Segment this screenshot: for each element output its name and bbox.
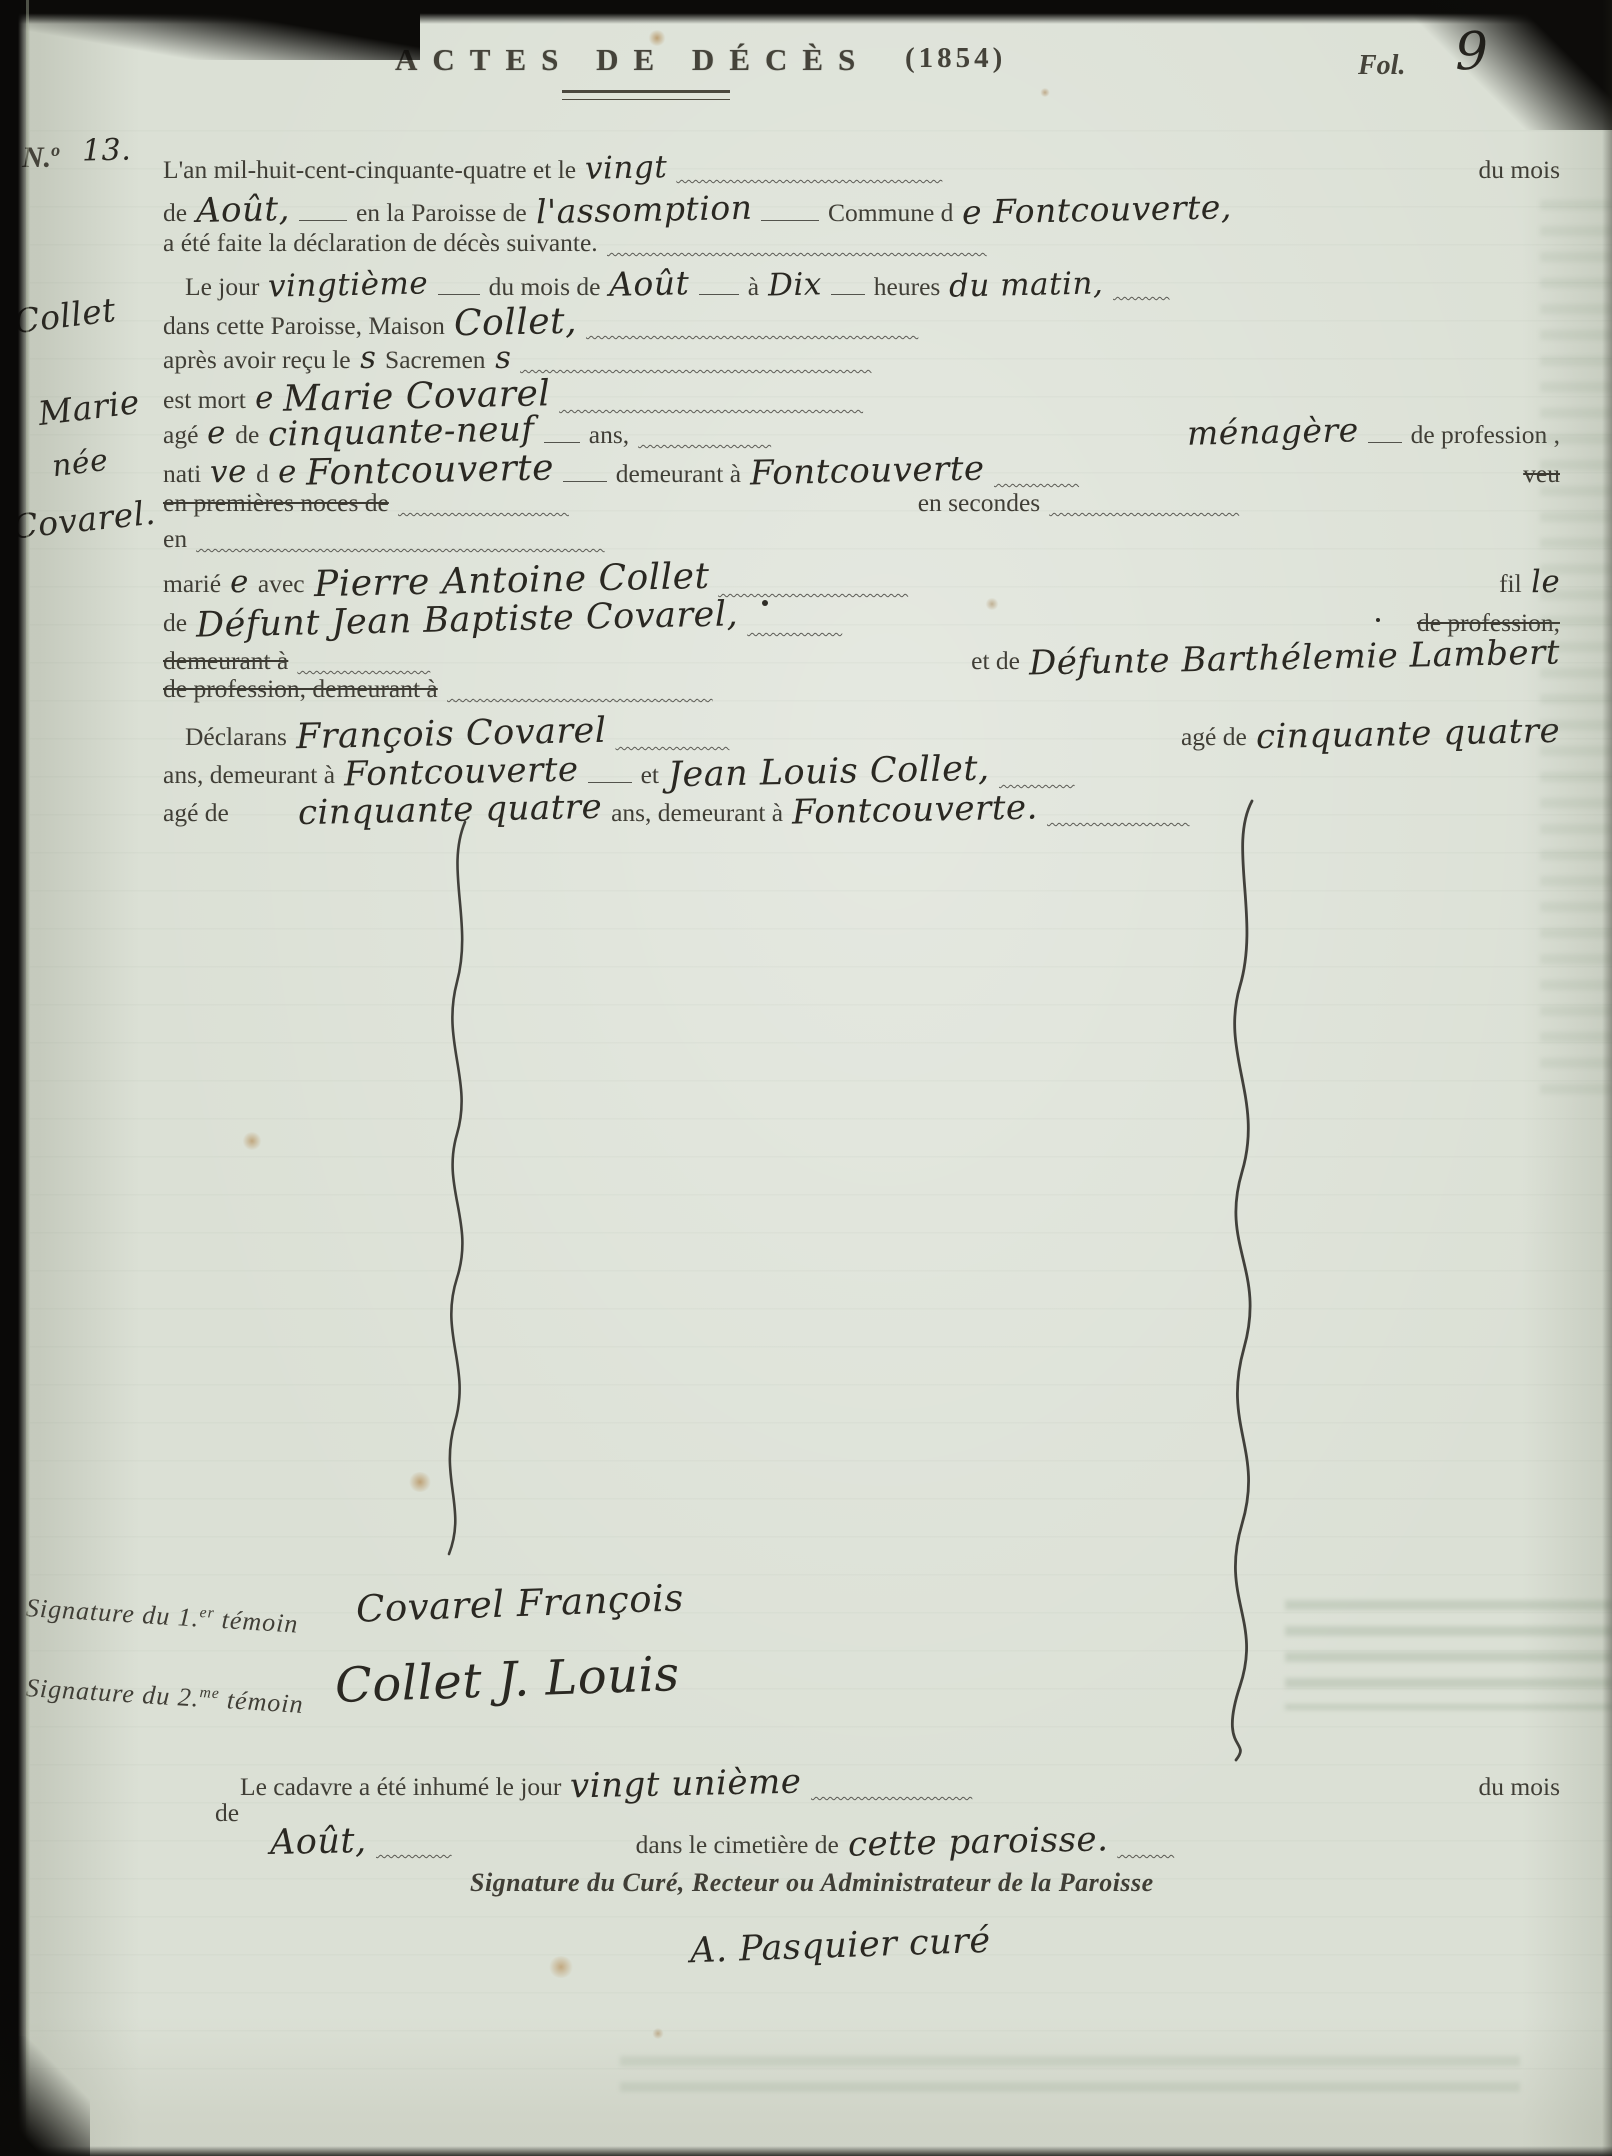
printed-text: d [256,459,269,489]
filler-squiggle [999,767,1560,789]
act-line: dans cette Paroisse, Maison Collet, [163,302,1560,343]
handwritten-declarant-2-age: cinquante quatre [297,787,602,833]
filler-dash [588,777,632,783]
witness-2-signature: Collet J. Louis [334,1646,680,1714]
printed-text: en secondes [918,488,1041,518]
printed-text: de [163,198,187,228]
handwritten-house: Collet, [453,301,577,345]
filler-squiggle [1117,1837,1392,1859]
handwritten-birthplace: Fontcouverte [305,447,554,493]
act-line: de Août, en la Paroisse de l'assomption … [163,190,1560,230]
printed-text: de profession , [1411,420,1560,450]
filler-dash [438,289,480,295]
printed-text: Sacremen [385,345,486,375]
filler-squiggle [638,427,1178,449]
filler-dash [1368,437,1402,443]
act-line: après avoir reçu le s Sacremen s [163,340,1560,376]
filler-squiggle [718,576,1490,598]
printed-text: heures [874,272,941,302]
printed-text: nati [163,459,201,489]
printed-text: de [235,420,259,450]
foxing-stain [1040,88,1050,97]
handwritten-declarant-1-age: cinquante quatre [1255,711,1560,757]
handwritten-feminine-e: e [230,564,250,600]
printed-text: avec [258,569,305,599]
cure-signature: A. Pasquier curé [689,1921,991,1971]
handwritten-month: Août, [196,189,291,231]
printed-text: demeurant à [616,459,741,489]
act-line: demeurant à et de Défunte Barthélemie La… [163,638,1560,678]
printed-text: du mois de [489,272,601,302]
handwritten-time-of-day: du matin, [949,265,1104,304]
printed-text: après avoir reçu le [163,345,351,375]
filler-squiggle [520,352,1560,374]
foxing-stain [548,1956,574,1978]
photo-corner-top-right [1392,0,1612,130]
act-number-value: 13. [82,132,132,168]
printed-text-struck: veu [1523,459,1560,489]
act-line: en premières noces de en secondes [163,488,1560,518]
filler-dash [699,289,739,295]
act-line: de Défunt Jean Baptiste Covarel, de prof… [163,600,1560,640]
printed-text-struck: demeurant à [163,646,288,676]
printed-text: et de [971,646,1020,676]
printed-text: agé de [1181,722,1247,752]
printed-text: Commune d [828,198,953,228]
filler-squiggle [297,653,962,675]
photo-corner-bottom-left [0,2036,90,2156]
burial-line: Août, dans le cimetière de cette paroiss… [270,1822,1392,1862]
photo-edge-right [1602,0,1612,2156]
label-part: témoin [226,1685,304,1719]
cure-caption-text: Signature du Curé, Recteur ou Administra… [470,1868,1154,1898]
handwritten-feminine-e: e [255,380,275,416]
handwritten-day: vingt [585,149,668,187]
label-sup: me [199,1684,220,1702]
printed-text: L'an mil-huit-cent-cinquante-quatre et l… [163,155,576,185]
filler-squiggle [1047,805,1560,827]
handwritten-day-name: vingtième [268,265,429,304]
handwritten-feminine-ve: ve [210,454,248,491]
ink-bleed-through [620,2056,1520,2102]
act-line: Le jour vingtième du mois de Août à Dix … [163,264,1560,303]
witness-2-row: Signature du 2.me témoin Collet J. Louis [26,1652,1560,1708]
page-title-year: (1854) [905,42,1006,75]
foxing-stain [652,2028,664,2039]
foxing-stain [242,1132,262,1150]
printed-text: dans le cimetière de [636,1830,839,1860]
filler-squiggle [376,1837,627,1859]
filler-squiggle [1113,279,1560,301]
printed-text-struck: de profession, demeurant à [163,674,438,704]
filler-dash [544,437,580,443]
handwritten-residence: Fontcouverte [750,449,985,494]
printed-text: de [215,1798,239,1828]
filler-squiggle [747,615,1408,637]
act-line: ans, demeurant à Fontcouverte et Jean Lo… [163,752,1560,792]
page-title: ACTES DE DÉCÈS [395,42,870,78]
act-line: agé e de cinquante-neuf ans, ménagère de… [163,412,1560,452]
handwritten-commune: e Fontcouverte, [962,187,1233,232]
act-line: agé de cinquante quatre ans, demeurant à… [163,790,1560,830]
printed-text: dans cette Paroisse, Maison [163,311,445,341]
printed-text: fil [1499,569,1522,599]
filler-squiggle [615,729,1171,751]
label-part: Signature du 2. [25,1673,200,1713]
printed-text: marié [163,569,221,599]
foxing-stain [408,1472,432,1492]
cure-signature-caption: Signature du Curé, Recteur ou Administra… [470,1868,1560,1898]
printed-text: à [748,272,759,302]
act-line: a été faite la déclaration de décès suiv… [163,228,1560,258]
register-page-scan: ACTES DE DÉCÈS (1854) Fol. 9 N.o 13. Col… [0,0,1612,2156]
handwritten-burial-place: cette paroisse. [847,1819,1108,1864]
handwritten-declarant-2: Jean Louis Collet, [668,749,990,796]
filler-dash [563,476,607,482]
handwritten-month: Août [609,263,690,304]
printed-text: a été faite la déclaration de décès suiv… [163,228,598,258]
photo-edge-left [0,0,30,2156]
filler-squiggle [676,162,1469,184]
act-line: marié e avec Pierre Antoine Collet fille [163,560,1560,601]
handwritten-declarant-2-residence: Fontcouverte. [792,787,1039,832]
label-part: Signature du 1. [25,1593,200,1633]
printed-text: Déclarans [163,722,287,752]
printed-text: est mort [163,385,246,415]
printed-text: en la Paroisse de [356,198,527,228]
act-line: L'an mil-huit-cent-cinquante-quatre et l… [163,150,1560,186]
filler-dash [299,215,347,221]
title-underline [562,90,730,100]
printed-text: Le jour [163,272,259,302]
filler-squiggle [559,392,1560,414]
filler-squiggle [607,235,1560,257]
label-sup: er [199,1604,215,1622]
handwritten-hour: Dix [768,266,823,303]
filler-squiggle [196,531,1560,553]
act-line: Déclarans François Covarel agé de cinqua… [163,714,1560,754]
printed-text: de [163,608,187,638]
act-line: de profession, demeurant à [163,674,1560,704]
handwritten-e: e [277,454,297,490]
photo-edge-bottom [0,2146,1612,2156]
label-part: témoin [221,1605,299,1639]
filler-squiggle [586,318,1560,340]
handwritten-burial-month: Août, [270,1821,367,1863]
handwritten-plural-s: s [494,340,511,376]
witness-2-label: Signature du 2.me témoin [25,1673,304,1720]
photo-corner-top-left [0,0,420,60]
handwritten-plural-s: s [359,340,376,376]
act-line: en [163,524,1560,554]
printed-text: du mois [1479,155,1560,185]
margin-name-covarel: Covarel. [10,493,157,547]
filler-squiggle [994,466,1515,488]
filler-dash [831,289,865,295]
handwritten-le: le [1530,564,1560,601]
filler-squiggle [1049,495,1560,517]
act-number-sup: o [51,140,60,160]
filler-squiggle [447,681,1560,703]
printed-text: ans, demeurant à [163,760,335,790]
brace-left-drawing [415,818,495,1558]
margin-name-marie: Marie [36,382,142,433]
cure-signature-row: A. Pasquier curé [690,1926,1560,1966]
printed-text: ans, [589,420,629,450]
printed-text: ans, demeurant à [611,798,783,828]
filler-dash [761,215,819,221]
handwritten-profession: ménagère [1186,410,1358,453]
witness-1-row: Signature du 1.er témoin Covarel Françoi… [26,1582,1560,1625]
printed-text: en [163,524,187,554]
witness-1-signature: Covarel François [355,1576,684,1630]
printed-text: agé de [163,798,229,828]
witness-1-label: Signature du 1.er témoin [25,1593,299,1640]
handwritten-parish: l'assomption [535,188,752,232]
margin-name-nee: née [50,443,110,485]
handwritten-feminine-e: e [207,415,227,451]
printed-text: et [641,760,659,790]
filler-squiggle [398,495,909,517]
printed-text: agé [163,420,198,450]
act-line: nati ve d e Fontcouverte demeurant à Fon… [163,450,1560,491]
printed-text-struck: en premières noces de [163,488,389,518]
